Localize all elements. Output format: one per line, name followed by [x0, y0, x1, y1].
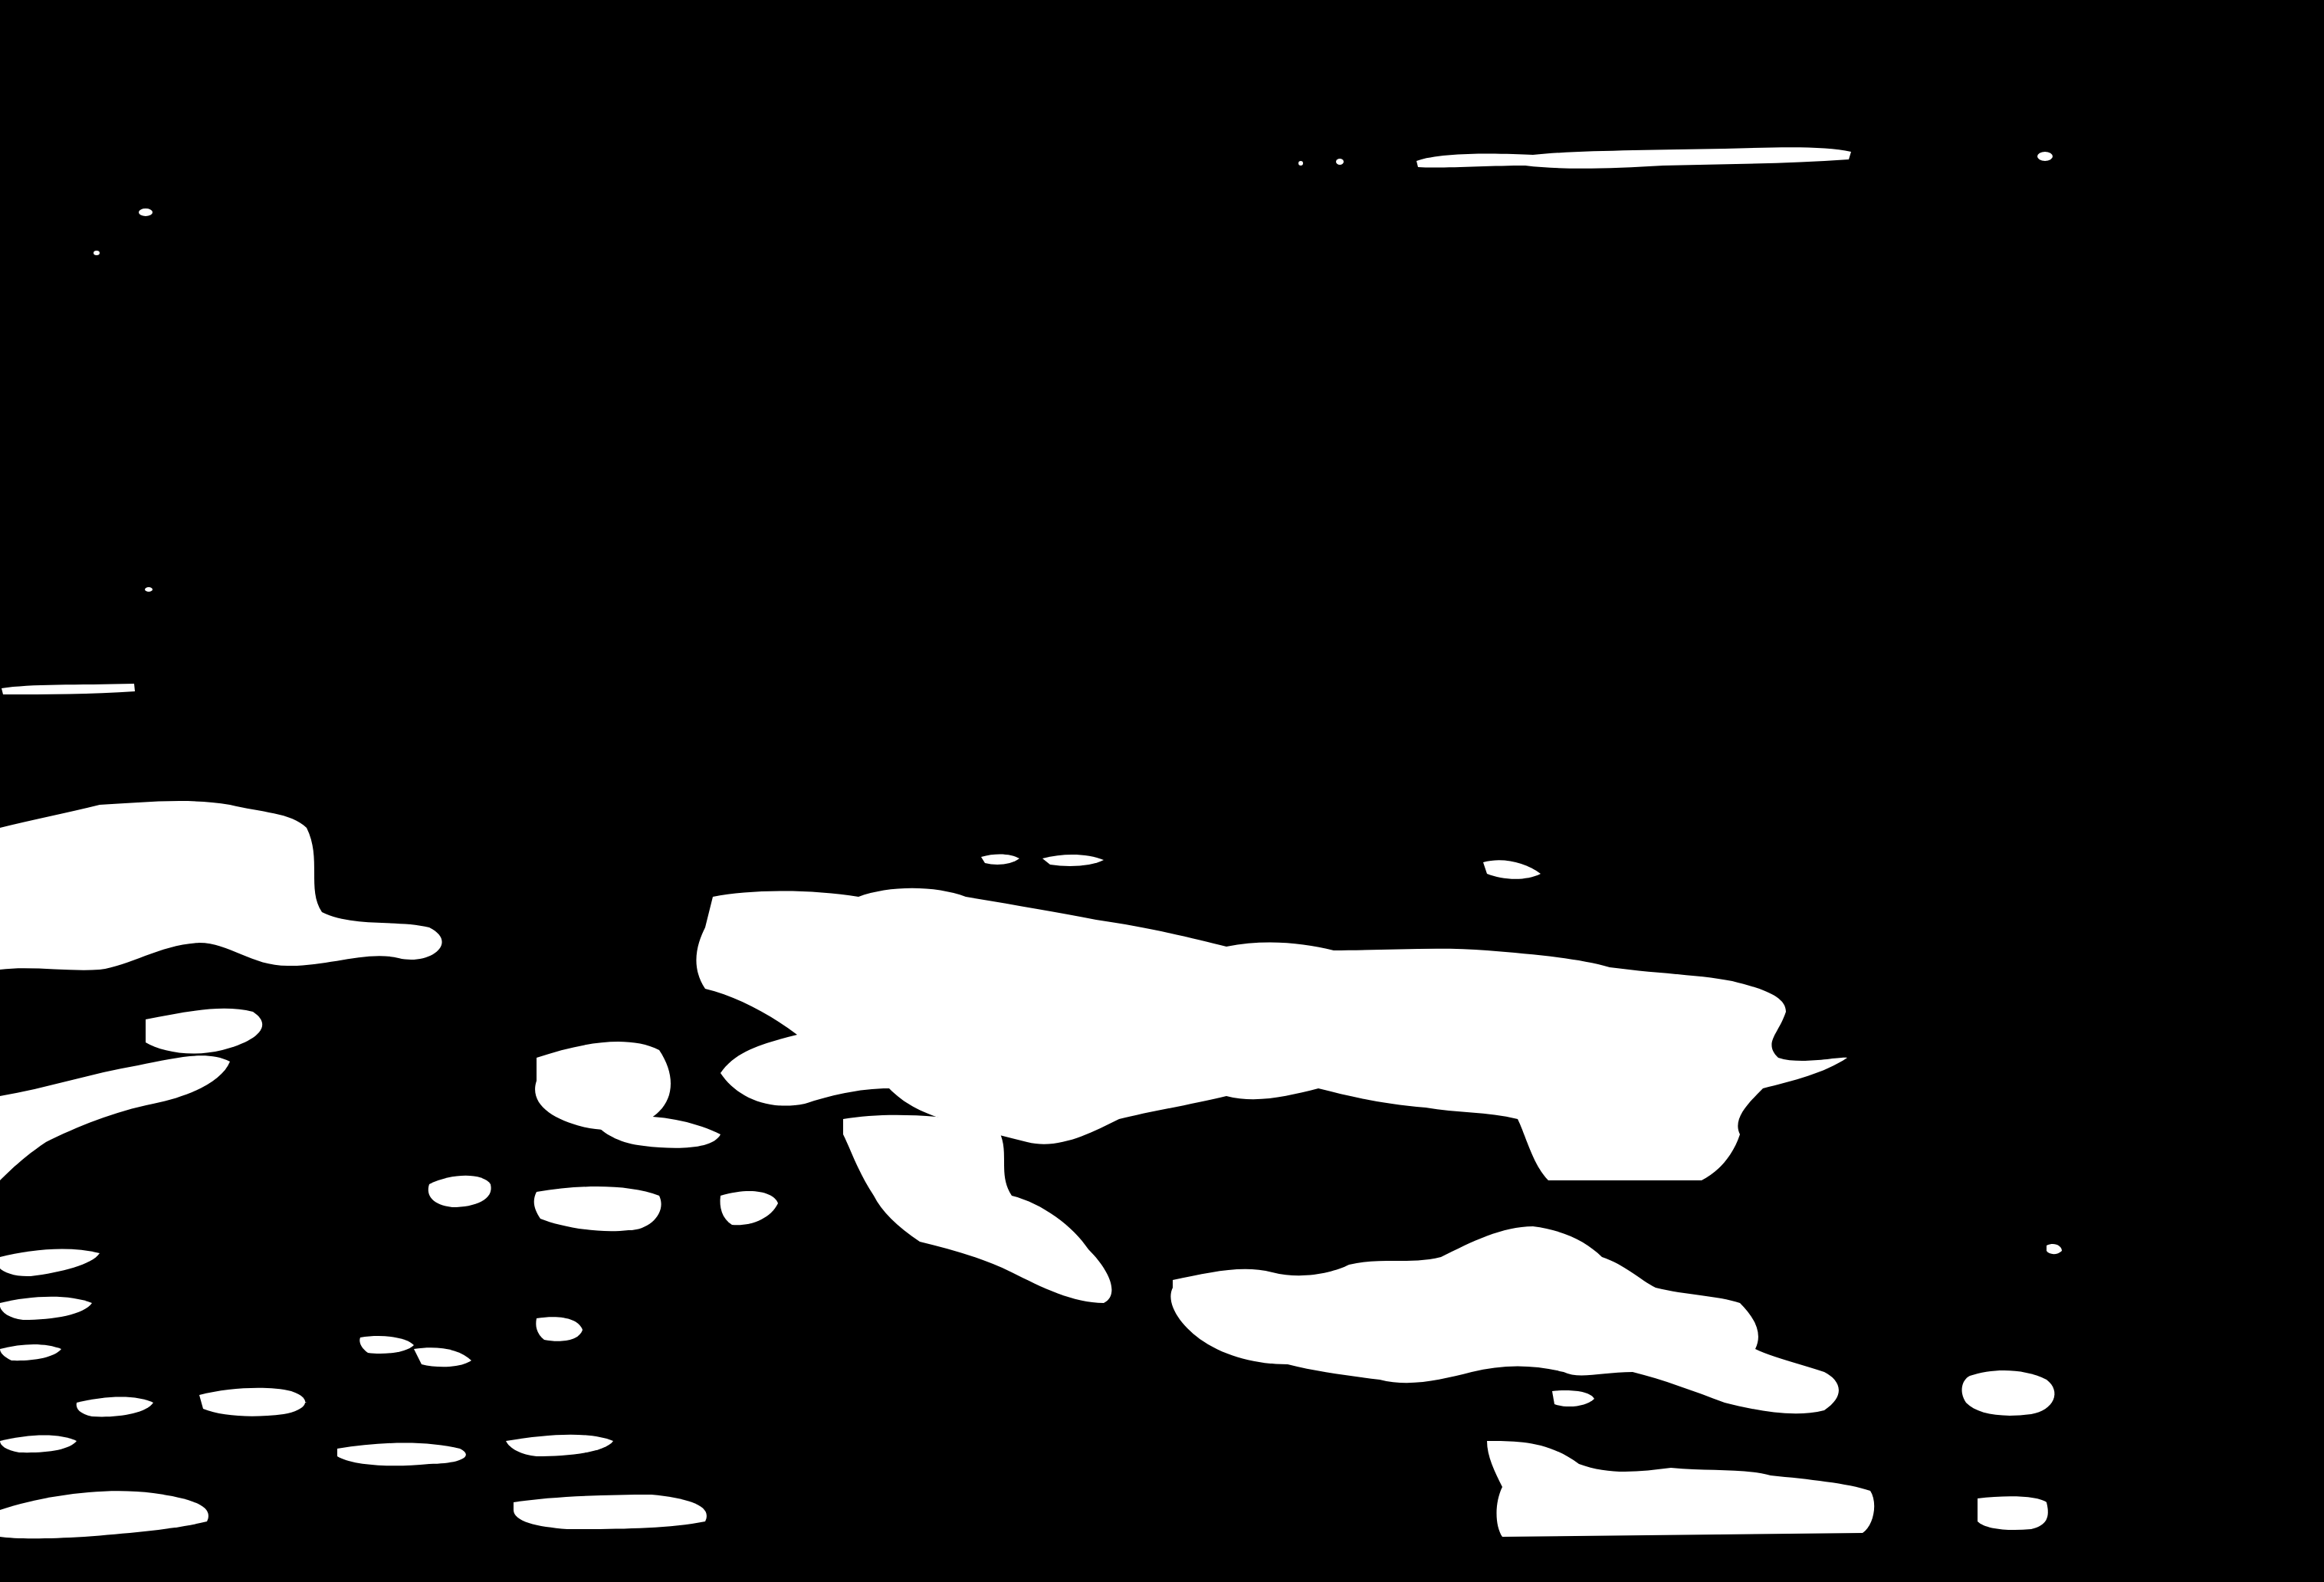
mask-background: [0, 0, 2324, 1582]
segmentation-mask: [0, 0, 2324, 1582]
